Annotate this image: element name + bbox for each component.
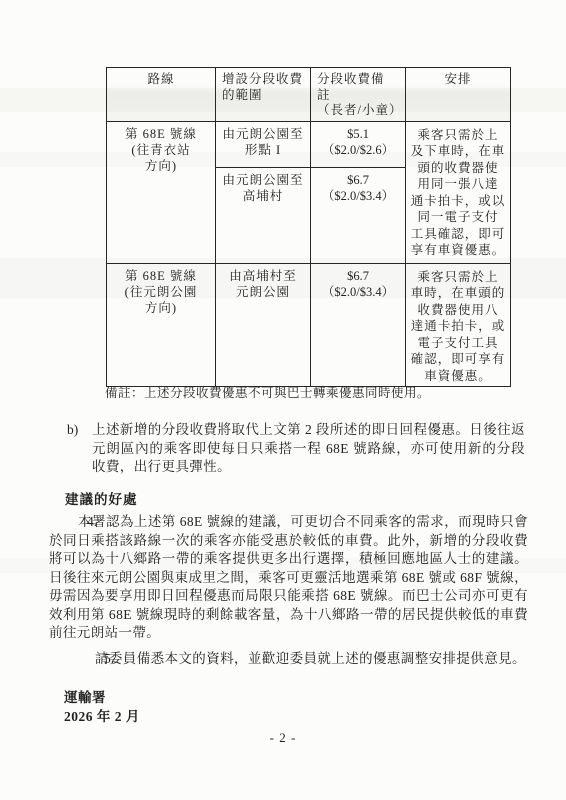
col-header-range: 增設分段收費 的範圍 bbox=[216, 68, 311, 122]
fare-cell: $6.7 （$2.0/$3.4） bbox=[311, 167, 406, 263]
page-number: - 2 - bbox=[0, 730, 566, 746]
col-header-arrangement: 安排 bbox=[406, 68, 511, 122]
table-row: 第 68E 號線 (往元朗公園 方向) 由高埔村至 元朗公園 $6.7 （$2.… bbox=[107, 263, 511, 387]
route-cell: 第 68E 號線 (往青衣站 方向) bbox=[107, 121, 216, 263]
paragraph-item-b: b) 上述新增的分段收費將取代上文第 2 段所述的即日回程優惠。日後往返元朗區內… bbox=[92, 421, 525, 477]
paragraph-4: 4. 本署認為上述第 68E 號線的建議，可更切合不同乘客的需求，而現時只會於同… bbox=[49, 513, 528, 643]
route-cell: 第 68E 號線 (往元朗公園 方向) bbox=[107, 263, 216, 387]
fare-cell: $6.7 （$2.0/$3.4） bbox=[311, 263, 406, 387]
section-range-cell: 由元朗公園至 形點 I bbox=[216, 121, 311, 167]
department-signoff: 運輸署 2026 年 2 月 bbox=[64, 689, 140, 726]
section-range-cell: 由元朗公園至 高埔村 bbox=[216, 167, 311, 263]
section-range-cell: 由高埔村至 元朗公園 bbox=[216, 263, 311, 387]
paragraph-marker: b) bbox=[67, 421, 78, 440]
col-header-route: 路線 bbox=[107, 68, 216, 122]
table-row: 第 68E 號線 (往青衣站 方向) 由元朗公園至 形點 I $5.1 （$2.… bbox=[107, 121, 511, 167]
fare-cell: $5.1 （$2.0/$2.6） bbox=[311, 121, 406, 167]
col-header-fare-note: 分段收費備 註 （長者/小童） bbox=[311, 68, 406, 122]
sectional-fare-table: 路線 增設分段收費 的範圍 分段收費備 註 （長者/小童） 安排 第 68E 號… bbox=[106, 67, 511, 387]
arrangement-cell: 乘客只需於上 及下車時，在車 頭的收費器使 用同一張八達 通卡拍卡，或以 同一電… bbox=[406, 121, 511, 263]
paragraph-number: 5. bbox=[58, 650, 114, 669]
paragraph-text: 請委員備悉本文的資料，並歡迎委員就上述的優惠調整安排提供意見。 bbox=[95, 651, 526, 666]
arrangement-cell: 乘客只需於上 車時，在車頭的 收費器使用八 達通卡拍卡，或 電子支付工具 確認，… bbox=[406, 263, 511, 387]
paragraph-5: 5. 請委員備悉本文的資料，並歡迎委員就上述的優惠調整安排提供意見。 bbox=[49, 650, 528, 669]
document-page: 路線 增設分段收費 的範圍 分段收費備 註 （長者/小童） 安排 第 68E 號… bbox=[0, 0, 566, 800]
paragraph-number: 4. bbox=[58, 513, 97, 532]
benefits-heading: 建議的好處 bbox=[65, 488, 138, 508]
table-header-row: 路線 增設分段收費 的範圍 分段收費備 註 （長者/小童） 安排 bbox=[107, 68, 511, 122]
table-footnote: 備註：上述分段收費優惠不可與巴士轉乘優惠同時使用。 bbox=[105, 383, 545, 401]
paragraph-text: 本署認為上述第 68E 號線的建議，可更切合不同乘客的需求，而現時只會於同日乘搭… bbox=[49, 514, 528, 640]
paragraph-text: 上述新增的分段收費將取代上文第 2 段所述的即日回程優惠。日後往返元朗區內的乘客… bbox=[92, 422, 525, 474]
